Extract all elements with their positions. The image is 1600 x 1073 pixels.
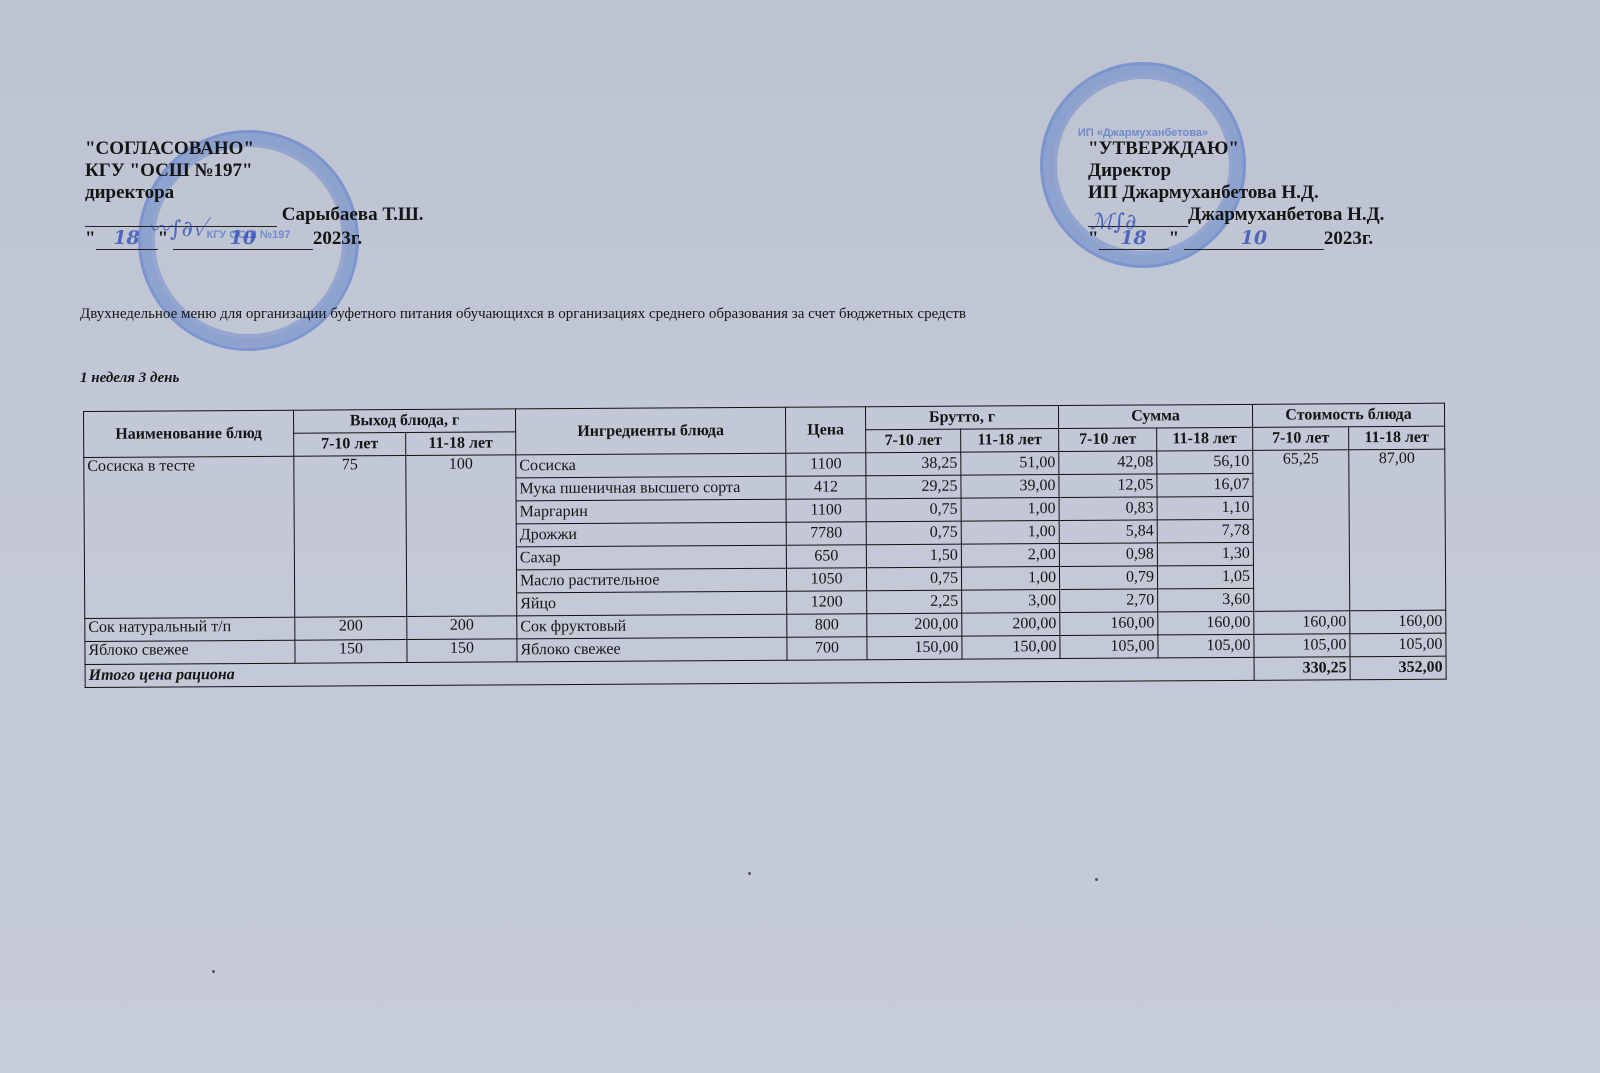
ingredient-price: 1050: [786, 568, 866, 591]
gross-young: 29,25: [866, 475, 961, 499]
approved-date-day: 18: [1099, 227, 1169, 250]
ingredient-price: 1100: [786, 499, 866, 522]
agreed-date-month: 10: [173, 227, 313, 250]
ingredient-name: Сахар: [516, 545, 786, 570]
sum-young: 2,70: [1060, 589, 1158, 613]
agreed-date-day: 18: [96, 227, 158, 250]
col-cost-old: 11-18 лет: [1349, 426, 1445, 450]
gross-young: 2,25: [867, 590, 962, 614]
gross-young: 1,50: [866, 544, 961, 568]
sum-young: 42,08: [1059, 451, 1157, 475]
approved-role: Директор: [1088, 160, 1384, 182]
agreed-heading: "СОГЛАСОВАНО": [85, 138, 423, 160]
sum-young: 160,00: [1060, 612, 1158, 636]
gross-young: 0,75: [866, 521, 961, 545]
sum-old: 160,00: [1158, 611, 1254, 635]
cost-old: 105,00: [1350, 633, 1446, 657]
ingredient-name: Яблоко свежее: [517, 637, 787, 662]
total-old: 352,00: [1350, 656, 1446, 680]
col-sum-old: 11-18 лет: [1157, 427, 1253, 451]
cost-old: 160,00: [1350, 610, 1446, 634]
sum-old: 1,30: [1157, 542, 1253, 566]
col-ingredients: Ингредиенты блюда: [515, 407, 785, 455]
ingredient-price: 412: [786, 476, 866, 499]
dish-name: Сок натуральный т/п: [85, 617, 295, 641]
col-dish-name: Наименование блюд: [84, 410, 294, 457]
sum-young: 0,83: [1059, 497, 1157, 521]
cost-young: 160,00: [1254, 611, 1350, 635]
col-yield: Выход блюда, г: [293, 409, 515, 433]
approved-date-year: 2023г.: [1324, 228, 1373, 249]
col-sum: Сумма: [1058, 404, 1252, 428]
gross-young: 200,00: [867, 613, 962, 637]
agreed-date: "18" 102023г.: [85, 227, 423, 250]
sum-young: 0,79: [1059, 566, 1157, 590]
sum-old: 3,60: [1158, 588, 1254, 612]
col-sum-young: 7-10 лет: [1059, 428, 1157, 452]
ingredient-price: 700: [787, 637, 867, 660]
ingredient-name: Сок фруктовый: [517, 614, 787, 639]
ingredient-name: Маргарин: [516, 499, 786, 524]
sum-old: 56,10: [1157, 450, 1253, 474]
paper-speck: [212, 970, 215, 973]
gross-young: 0,75: [866, 498, 961, 522]
signature-underline: [85, 204, 277, 227]
gross-old: 2,00: [961, 544, 1059, 568]
gross-old: 1,00: [961, 498, 1059, 522]
ingredient-price: 1100: [786, 453, 866, 476]
dish-name: Яблоко свежее: [85, 640, 295, 664]
gross-old: 3,00: [962, 590, 1060, 614]
approved-signature-line: Джармуханбетова Н.Д.: [1088, 204, 1384, 227]
approved-heading: "УТВЕРЖДАЮ": [1088, 138, 1384, 160]
document-title: Двухнедельное меню для организации буфет…: [80, 306, 966, 323]
sum-old: 105,00: [1158, 634, 1254, 658]
col-cost-young: 7-10 лет: [1253, 427, 1349, 451]
approved-date-month: 10: [1184, 227, 1324, 250]
cost-young: 65,25: [1253, 450, 1350, 612]
agreed-org: КГУ "ОСШ №197": [85, 160, 423, 182]
gross-old: 1,00: [961, 567, 1059, 591]
signature-underline: [1088, 204, 1188, 227]
agreed-role: директора: [85, 182, 423, 204]
approval-approved-block: "УТВЕРЖДАЮ" Директор ИП Джармуханбетова …: [1088, 138, 1384, 250]
cost-young: 105,00: [1254, 634, 1350, 658]
yield-old: 200: [407, 616, 517, 640]
sum-young: 0,98: [1059, 543, 1157, 567]
sum-old: 7,78: [1157, 519, 1253, 543]
gross-old: 150,00: [962, 636, 1060, 660]
ingredient-name: Масло растительное: [516, 568, 786, 593]
col-gross-old: 11-18 лет: [961, 429, 1059, 453]
agreed-name: Сарыбаева Т.Ш.: [282, 204, 424, 225]
paper-speck: [1095, 878, 1098, 881]
gross-old: 51,00: [961, 452, 1059, 476]
col-gross: Брутто, г: [865, 406, 1058, 430]
ingredient-price: 1200: [787, 591, 867, 614]
sum-young: 5,84: [1059, 520, 1157, 544]
menu-table-body: Сосиска в тесте75100Сосиска110038,2551,0…: [84, 449, 1446, 664]
col-gross-young: 7-10 лет: [866, 429, 961, 453]
approved-org: ИП Джармуханбетова Н.Д.: [1088, 182, 1384, 204]
sum-old: 1,05: [1157, 565, 1253, 589]
total-young: 330,25: [1254, 657, 1350, 681]
yield-young: 150: [295, 640, 407, 664]
gross-young: 150,00: [867, 636, 962, 660]
ingredient-price: 650: [786, 545, 866, 568]
yield-young: 200: [295, 617, 407, 641]
gross-old: 1,00: [961, 521, 1059, 545]
menu-period: 1 неделя 3 день: [80, 370, 179, 387]
cost-old: 87,00: [1349, 449, 1446, 611]
gross-old: 39,00: [961, 475, 1059, 499]
col-yield-young: 7-10 лет: [294, 433, 406, 457]
sum-old: 1,10: [1157, 496, 1253, 520]
agreed-signature-line: Сарыбаева Т.Ш.: [85, 204, 423, 227]
approved-name: Джармуханбетова Н.Д.: [1188, 204, 1384, 225]
gross-young: 0,75: [866, 567, 961, 591]
paper-speck: [748, 872, 751, 875]
ingredient-price: 7780: [786, 522, 866, 545]
gross-young: 38,25: [866, 452, 961, 476]
agreed-date-year: 2023г.: [313, 228, 362, 249]
dish-name: Сосиска в тесте: [84, 456, 295, 618]
ingredient-name: Дрожжи: [516, 522, 786, 547]
yield-old: 100: [406, 455, 517, 617]
sum-young: 12,05: [1059, 474, 1157, 498]
yield-young: 75: [294, 456, 407, 618]
menu-table: Наименование блюд Выход блюда, г Ингреди…: [83, 403, 1447, 688]
col-price: Цена: [785, 407, 865, 453]
sum-young: 105,00: [1060, 635, 1158, 659]
gross-old: 200,00: [962, 613, 1060, 637]
ingredient-name: Мука пшеничная высшего сорта: [516, 476, 786, 501]
approval-agreed-block: "СОГЛАСОВАНО" КГУ "ОСШ №197" директора С…: [85, 138, 423, 250]
ingredient-name: Яйцо: [517, 591, 787, 616]
col-yield-old: 11-18 лет: [406, 432, 516, 456]
ingredient-price: 800: [787, 614, 867, 637]
yield-old: 150: [407, 639, 517, 663]
approved-date: "18" 102023г.: [1088, 227, 1384, 250]
sum-old: 16,07: [1157, 473, 1253, 497]
ingredient-name: Сосиска: [516, 453, 786, 478]
col-cost: Стоимость блюда: [1252, 403, 1444, 427]
